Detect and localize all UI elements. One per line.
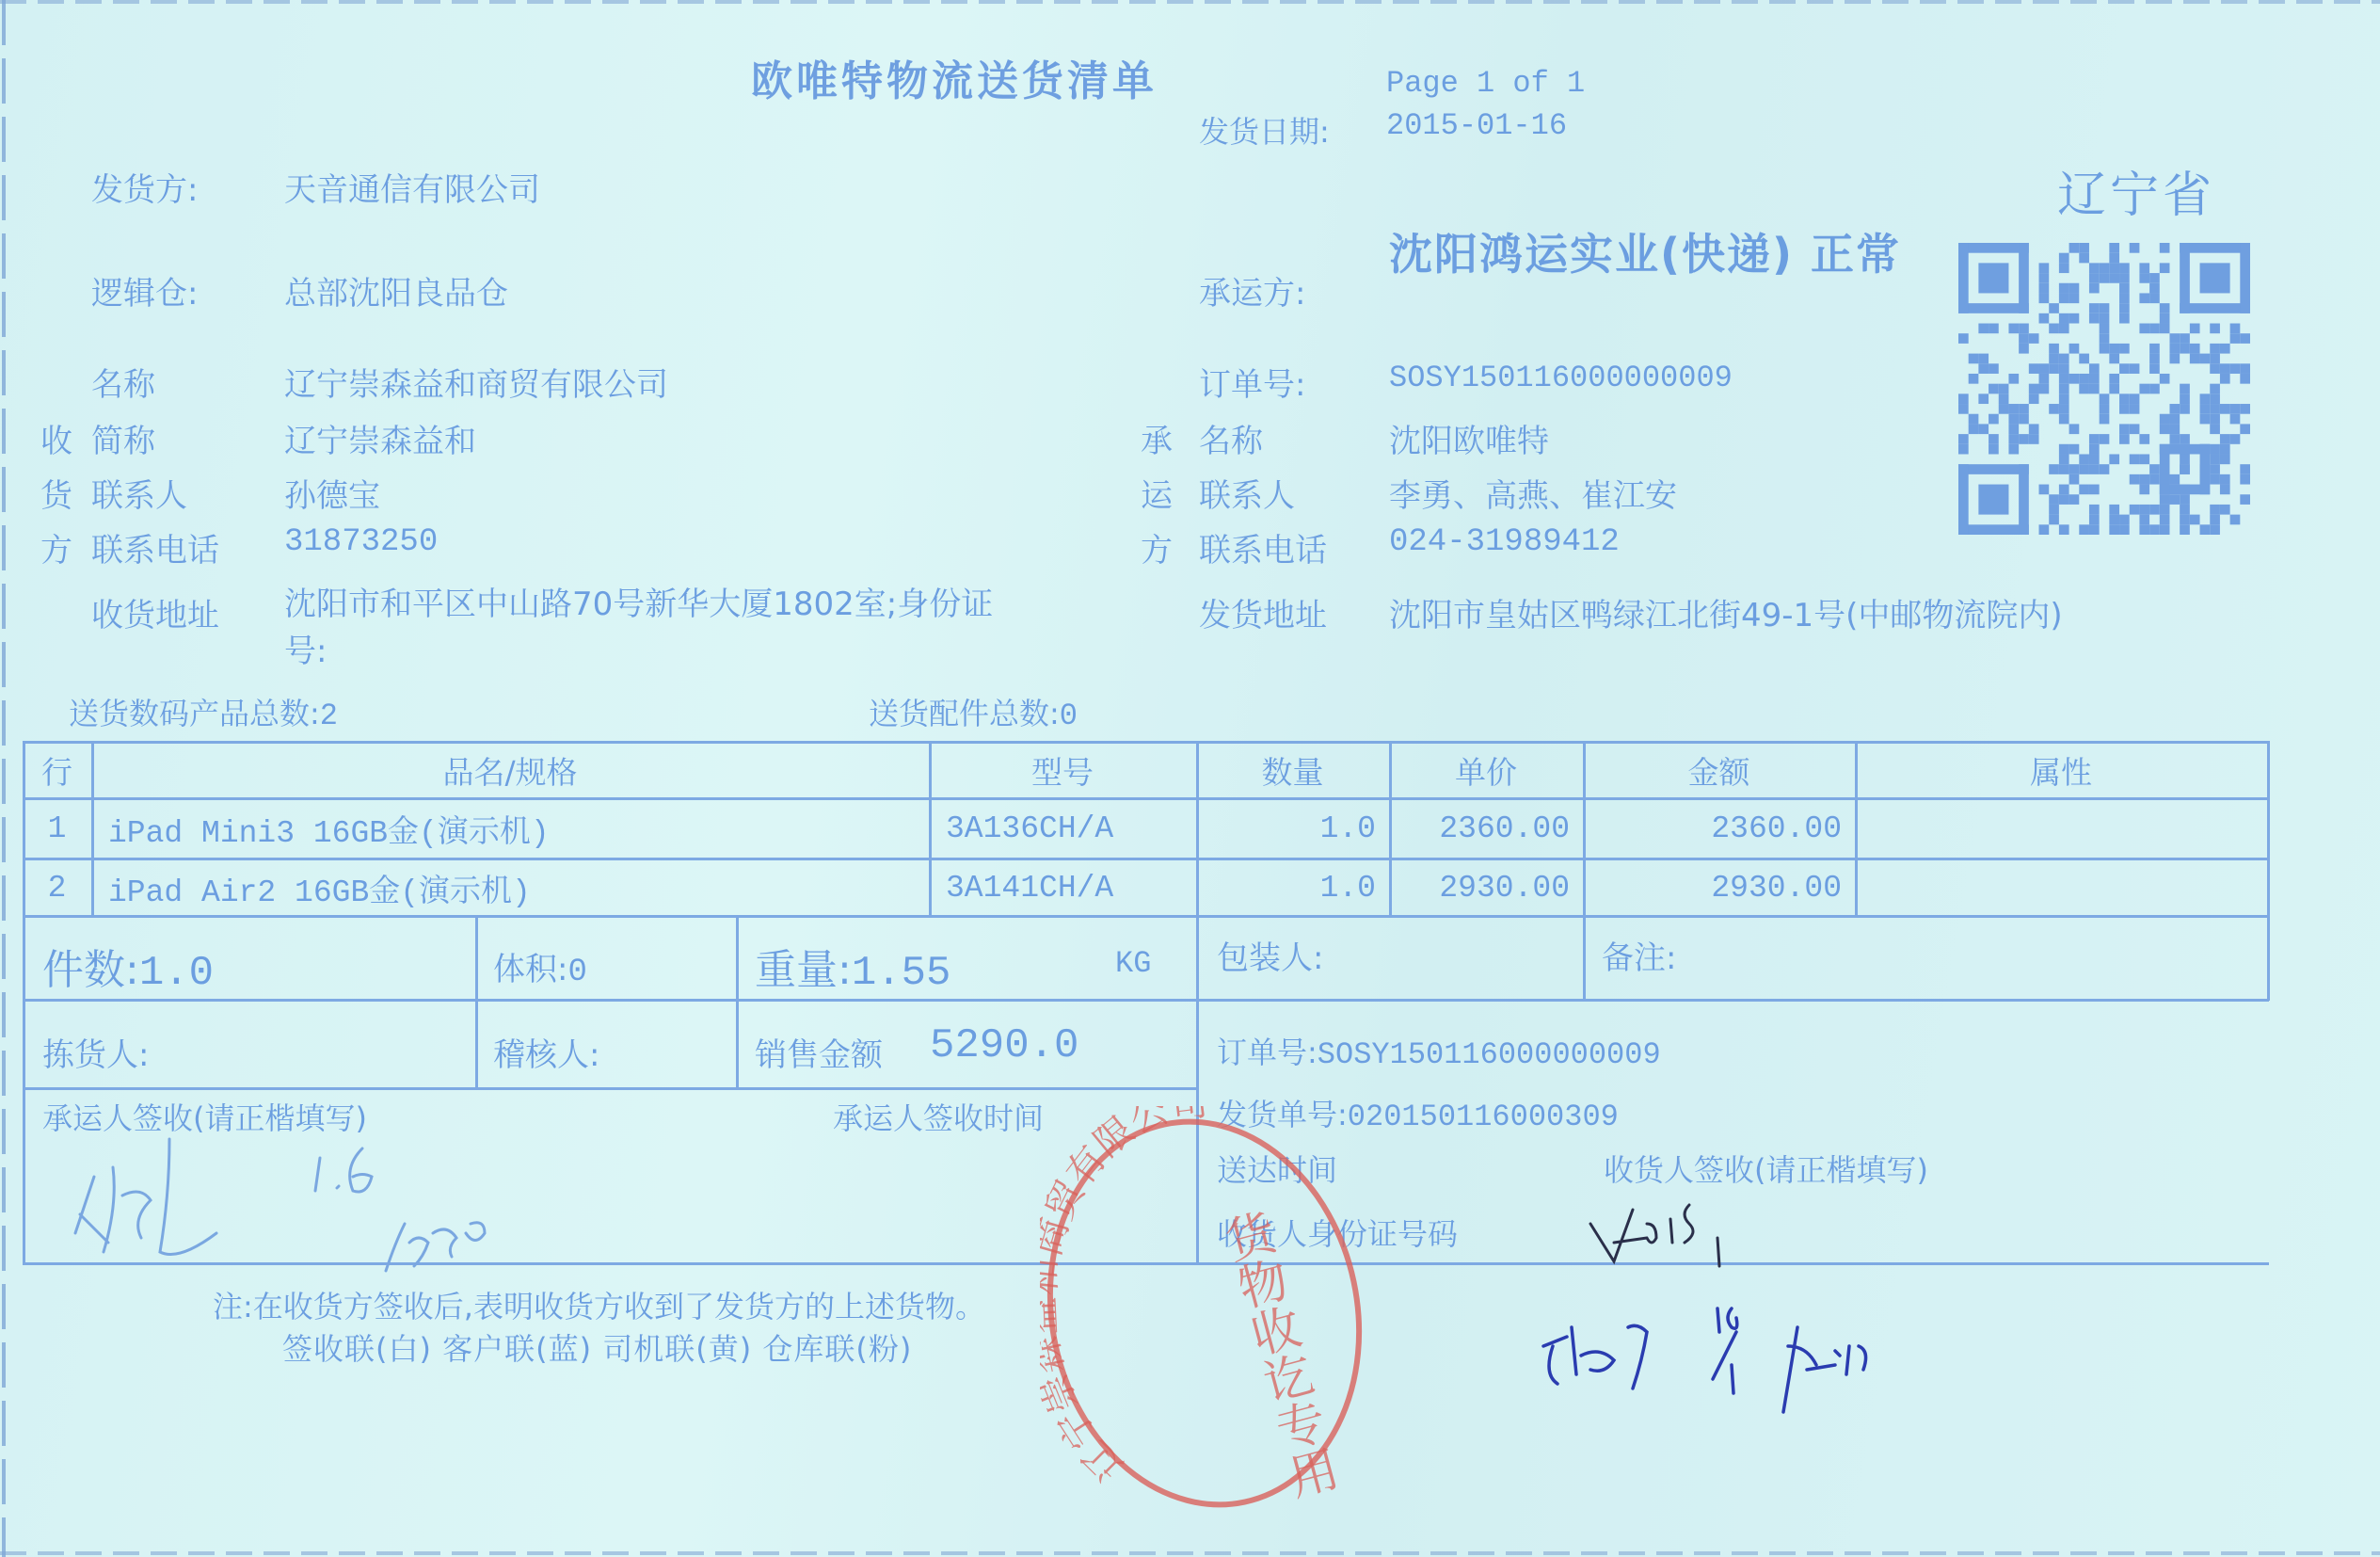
col-header-model: 型号 (929, 744, 1196, 797)
shipper-value: 天音通信有限公司 (284, 164, 540, 210)
carrier-contact-value: 李勇、高燕、崔江安 (1389, 470, 1677, 516)
row-model: 3A141CH/A (929, 860, 1196, 915)
carrier-order-value: SOSY150116000000009 (1389, 361, 1733, 395)
consignee-short-label: 简称 (91, 415, 155, 461)
row-attr (1855, 860, 2267, 915)
note-line-2: 签收联(白) 客户联(蓝) 司机联(黄) 仓库联(粉) (282, 1325, 912, 1369)
receiver-sign-label: 收货人签收(请正楷填写) (1604, 1147, 1928, 1190)
qr-code-icon (1958, 243, 2250, 535)
pieces-field: 件数:1.0 (42, 936, 214, 997)
sales-amount-value: 5290.0 (930, 1022, 1078, 1069)
row-model: 3A136CH/A (929, 800, 1196, 858)
consignee-name-value: 辽宁崇森益和商贸有限公司 (284, 359, 668, 405)
row-line-no: 1 (23, 800, 91, 858)
row-line-no: 2 (23, 860, 91, 915)
bottom-order-field: 订单号:SOSY150116000000009 (1217, 1029, 1661, 1072)
volume-value: 0 (567, 955, 586, 990)
ship-date: 2015-01-16 (1386, 108, 1567, 143)
row-amount: 2360.00 (1583, 800, 1855, 858)
weight-field: 重量:1.55 (755, 936, 950, 997)
weight-value: 1.55 (852, 950, 951, 997)
document-title: 欧唯特物流送货清单 (751, 47, 1158, 107)
checker-label: 稽核人: (493, 1029, 599, 1075)
carrier-address-value: 沈阳市皇姑区鸭绿江北街49-1号(中邮物流院内) (1389, 589, 2063, 635)
handwritten-receiver-signature (1525, 1290, 1957, 1440)
col-header-line: 行 (23, 744, 91, 797)
consignee-side-label-2: 货 (40, 470, 72, 516)
col-header-name: 品名/规格 (91, 744, 929, 797)
carrier-side-label-1: 承 (1141, 415, 1173, 461)
handwritten-year (1581, 1196, 1769, 1280)
col-header-qty: 数量 (1196, 744, 1389, 797)
col-header-unit-price: 单价 (1389, 744, 1583, 797)
row-amount: 2930.00 (1583, 860, 1855, 915)
carrier-phone-label: 联系电话 (1199, 524, 1327, 570)
consignee-short-value: 辽宁崇森益和 (284, 415, 476, 461)
accessory-total-label: 送货配件总数:0 (869, 690, 1078, 733)
carrier-header-value: 沈阳鸿运实业(快递) 正常 (1389, 224, 1935, 284)
row-item-name: iPad Mini3 16GB金(演示机) (91, 800, 929, 858)
accessory-total-label-text: 送货配件总数: (869, 696, 1060, 731)
carrier-phone-value: 024-31989412 (1389, 524, 1620, 560)
col-header-attr: 属性 (1855, 744, 2267, 797)
digital-total-label-text: 送货数码产品总数: (69, 696, 320, 731)
pieces-label: 件数: (42, 946, 139, 994)
perforation-top (0, 0, 2380, 4)
page-indicator: Page 1 of 1 (1386, 66, 1585, 101)
carrier-name-label: 名称 (1199, 415, 1263, 461)
row-qty: 1.0 (1196, 800, 1389, 858)
col-header-amount: 金额 (1583, 744, 1855, 797)
carrier-side-label-2: 运 (1141, 470, 1173, 516)
svg-text:辽宁崇森益和商贸有限公司: 辽宁崇森益和商贸有限公司 (1040, 1106, 1210, 1489)
digital-total-label: 送货数码产品总数:2 (69, 690, 338, 733)
carrier-address-label: 发货地址 (1199, 589, 1327, 635)
handwritten-carrier-signature (38, 1101, 565, 1290)
consignee-side-label-3: 方 (40, 524, 72, 570)
ship-date-label: 发货日期: (1199, 108, 1330, 152)
consignee-name-label: 名称 (91, 359, 155, 405)
weight-label: 重量: (755, 946, 852, 994)
shipper-label: 发货方: (91, 164, 198, 210)
row-unit-price: 2930.00 (1389, 860, 1583, 915)
row-qty: 1.0 (1196, 860, 1389, 915)
consignee-address-value-line2: 号: (284, 625, 327, 671)
consignee-address-value: 沈阳市和平区中山路70号新华大厦1802室;身份证 (284, 578, 993, 624)
ship-no-value: 020150116000309 (1348, 1100, 1619, 1134)
consignee-side-label-1: 收 (40, 415, 72, 461)
perforation-bottom (0, 1551, 2380, 1555)
carrier-header-label: 承运方: (1199, 267, 1305, 313)
svg-text:货物收讫专用: 货物收讫专用 (1212, 1206, 1343, 1504)
digital-total-value: 2 (320, 698, 338, 733)
carrier-name-value: 沈阳欧唯特 (1389, 415, 1549, 461)
weight-unit: KG (1115, 946, 1151, 981)
row-unit-price: 2360.00 (1389, 800, 1583, 858)
remark-label: 备注: (1602, 932, 1676, 978)
row-item-name: iPad Air2 16GB金(演示机) (91, 860, 929, 915)
carrier-time-label: 承运人签收时间 (833, 1095, 1044, 1138)
bottom-order-value: SOSY150116000000009 (1318, 1037, 1661, 1072)
bottom-order-label: 订单号: (1217, 1035, 1318, 1070)
warehouse-label: 逻辑仓: (91, 267, 198, 313)
consignee-phone-value: 31873250 (284, 524, 438, 560)
accessory-total-value: 0 (1060, 698, 1078, 733)
carrier-order-label: 订单号: (1199, 359, 1305, 405)
company-seal-stamp: 辽宁崇森益和商贸有限公司 货物收讫专用 (1040, 1106, 1369, 1520)
consignee-phone-label: 联系电话 (91, 524, 219, 570)
consignee-contact-label: 联系人 (91, 470, 187, 516)
consignee-contact-value: 孙德宝 (284, 470, 380, 516)
carrier-side-label-3: 方 (1141, 524, 1173, 570)
row-attr (1855, 800, 2267, 858)
sales-amount-label: 销售金额 (755, 1029, 883, 1075)
volume-field: 体积:0 (493, 943, 587, 990)
picker-label: 拣货人: (42, 1029, 149, 1075)
pieces-value: 1.0 (139, 950, 214, 997)
warehouse-value: 总部沈阳良品仓 (284, 267, 508, 313)
consignee-address-label: 收货地址 (91, 589, 219, 635)
perforation-left (2, 0, 6, 1557)
volume-label: 体积: (493, 951, 567, 988)
packer-label: 包装人: (1217, 932, 1323, 978)
carrier-contact-label: 联系人 (1199, 470, 1295, 516)
province-label: 辽宁省 (2057, 155, 2215, 226)
